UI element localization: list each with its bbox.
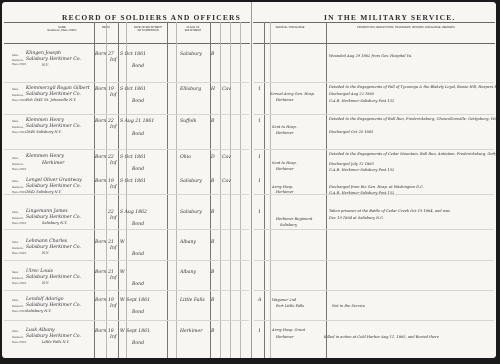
handwritten-field: B — [211, 329, 214, 334]
birthplace: 1842 Salisbury N.Y. — [26, 190, 62, 194]
handwritten-field: Born — [95, 298, 106, 303]
col-rule — [126, 22, 127, 358]
handwritten-field: Residence — [12, 186, 23, 189]
handwritten-field: B — [211, 240, 214, 245]
handwritten-field: Residence — [12, 217, 23, 220]
header-bottom-rule-left — [4, 43, 250, 44]
handwritten-field: Born — [95, 87, 106, 92]
residence: Salisbury Herkimer Co. — [26, 303, 81, 308]
residence: Salisbury Herkimer Co. — [26, 124, 81, 129]
handwritten-field: 1 — [258, 119, 261, 124]
handwritten-field: Bond — [132, 167, 144, 172]
col-rule — [167, 22, 168, 358]
handwritten-field: Place of Birth — [12, 168, 26, 171]
remarks: Discharged from the Gen. Hosp. at Washin… — [329, 185, 424, 189]
soldier-name: Lingemann James — [26, 209, 68, 214]
residence: Salisbury Herkimer Co. — [26, 92, 81, 97]
col-rule — [240, 22, 241, 358]
row-divider — [4, 149, 249, 150]
handwritten-field: Name — [12, 54, 18, 57]
handwritten-field: Name — [12, 299, 18, 302]
handwritten-field: Name — [12, 211, 18, 214]
col-rule — [220, 22, 221, 358]
handwritten-field: B — [211, 119, 214, 124]
handwritten-field: Residence — [12, 59, 23, 62]
remarks: Detailed to the Engagements of Fall of T… — [329, 85, 496, 89]
handwritten-field: Bond — [132, 252, 144, 257]
handwritten-field: S Oct 1861 — [120, 52, 146, 57]
handwritten-field: W Sept 1861 — [120, 329, 150, 334]
col-rule — [176, 22, 177, 358]
handwritten-field: Inf — [110, 93, 116, 98]
residence: Salisbury Herkimer Co. — [26, 184, 81, 189]
handwritten-field: Discharged Aug 22 1865 — [329, 92, 374, 96]
handwritten-field: Place of Birth — [12, 282, 26, 285]
handwritten-field: 19 — [108, 87, 114, 92]
handwritten-field: Name — [12, 271, 18, 274]
handwritten-field: Salisbury — [180, 52, 202, 57]
handwritten-field: Residence — [12, 336, 23, 339]
handwritten-field: G.A.R. Herkimer Salisbury Post 152 — [329, 99, 394, 103]
handwritten-field: Little Falls — [180, 298, 205, 303]
col-rule — [230, 22, 231, 358]
row-divider — [254, 149, 494, 150]
handwritten-field: 21 — [108, 240, 114, 245]
col-rule — [118, 22, 119, 358]
col-rule — [210, 22, 211, 358]
handwritten-field: Discharged Oct 20 1865 — [329, 130, 373, 134]
handwritten-field: 1 — [258, 155, 261, 160]
handwritten-field: Place of Birth — [12, 252, 26, 255]
handwritten-field: Name — [12, 330, 18, 333]
row-divider — [4, 194, 249, 195]
handwritten-field: Ohio — [180, 155, 191, 160]
handwritten-field: 22 — [108, 119, 114, 124]
row-divider — [254, 82, 494, 83]
handwritten-field: Salisbury — [180, 179, 202, 184]
remarks: Detailed to the Engagements of Bull Run,… — [329, 117, 496, 121]
handwritten-field: Fort Little Falls — [276, 304, 304, 308]
handwritten-field: Bond — [132, 222, 144, 227]
remarks: Killed in action at Cold Harbor Aug 11, … — [324, 335, 439, 339]
birthplace: N.Y. — [42, 63, 49, 67]
row-divider — [4, 260, 249, 261]
handwritten-field: Cav — [222, 179, 231, 184]
handwritten-field: Bond — [132, 310, 144, 315]
handwritten-field: W — [120, 270, 125, 275]
residence: Herkimer — [42, 161, 64, 166]
handwritten-field: Sent to Hosp. — [272, 161, 297, 165]
handwritten-field: Herkimer — [180, 329, 202, 334]
header-enlistment: DATE OF ENLISTMENT OR COMMISSION — [132, 26, 164, 32]
handwritten-field: 1 — [258, 179, 261, 184]
handwritten-field: Bond — [132, 282, 144, 287]
soldier-name: Klemmerzgil Rogan Gilbert — [26, 86, 90, 91]
handwritten-field: Residence, Place of Birth — [47, 29, 76, 32]
handwritten-field: Herkimer Regiment — [276, 217, 312, 221]
handwritten-field: Born — [95, 179, 106, 184]
handwritten-field: 22 — [108, 210, 114, 215]
residence: Salisbury Herkimer Co. — [26, 275, 81, 280]
handwritten-field: Name — [12, 180, 18, 183]
header-place: PLACE OF ENLISTMENT — [182, 26, 204, 32]
handwritten-field: 21 — [108, 270, 114, 275]
handwritten-field: Residence — [12, 247, 23, 250]
handwritten-field: W — [120, 240, 125, 245]
handwritten-field: B — [211, 270, 214, 275]
handwritten-field: S Oct 1861 — [120, 179, 146, 184]
handwritten-field: 18 — [108, 329, 114, 334]
handwritten-field: Place of Birth — [12, 131, 26, 134]
handwritten-field: Herkimer — [276, 335, 294, 339]
left-page-title: RECORD OF SOLDIERS AND OFFICERS — [62, 13, 241, 22]
handwritten-field: Place of Birth — [12, 191, 26, 194]
handwritten-field: Name — [12, 241, 18, 244]
handwritten-field: Born — [95, 52, 106, 57]
col-rule — [94, 22, 95, 358]
handwritten-field: Born — [95, 270, 106, 275]
handwritten-field: Residence — [12, 126, 23, 129]
handwritten-field: Army Hosp. Grant — [272, 328, 305, 332]
birthplace: N.Y. — [42, 281, 49, 285]
handwritten-field: Salisbury — [280, 223, 297, 227]
row-divider — [4, 320, 249, 321]
page-gutter — [251, 2, 252, 358]
handwritten-field: Ellisburg — [180, 87, 201, 92]
handwritten-field: H — [211, 87, 215, 92]
handwritten-field: Place of Birth — [12, 99, 26, 102]
handwritten-field: Bond — [132, 99, 144, 104]
handwritten-field: Inf — [110, 185, 116, 190]
header-name: NAMEResidence, Place of Birth — [32, 26, 92, 32]
handwritten-field: 27 — [108, 52, 114, 57]
residence: Salisbury Herkimer Co. — [26, 215, 81, 220]
handwritten-field: 1 — [258, 87, 261, 92]
handwritten-field: Name — [12, 120, 18, 123]
birthplace: Salisbury N.Y. — [42, 221, 67, 225]
handwritten-field: D — [211, 155, 215, 160]
handwritten-field: Inf — [110, 161, 116, 166]
handwritten-field: Residence — [12, 94, 23, 97]
soldier-name: Lehmann Charles — [26, 239, 67, 244]
handwritten-field: B — [211, 210, 214, 215]
soldier-name: Lengel Oliver Grantway — [26, 178, 82, 183]
handwritten-field: Residence — [12, 305, 23, 308]
handwritten-field: S Aug 21 1861 — [120, 119, 154, 124]
handwritten-field: Albany — [180, 240, 196, 245]
remarks: Wounded Aug 29 1862 from Gov. Hospital V… — [329, 54, 412, 58]
soldier-name: Lusk Albany — [26, 328, 55, 333]
handwritten-field: Army Hosp. — [272, 185, 293, 189]
handwritten-field: B — [211, 179, 214, 184]
row-divider — [254, 229, 494, 230]
handwritten-field: G.A.R. Herkimer Salisbury Post 152 — [329, 191, 394, 195]
soldier-name: Klemmen Henry — [26, 118, 64, 123]
handwritten-field: Dec 19 1864 at Salisbury N.C. — [329, 216, 384, 220]
handwritten-field: Inf — [110, 335, 116, 340]
birthplace: N.Y. — [42, 251, 49, 255]
handwritten-field: Born — [95, 119, 106, 124]
handwritten-field: G.A.R. Herkimer Salisbury Post 152 — [329, 168, 394, 172]
handwritten-field: Place of Birth — [12, 222, 26, 225]
handwritten-field: Place of Birth — [12, 310, 26, 313]
handwritten-field: Sent to Hosp. — [272, 125, 297, 129]
soldier-name: Ulrec Louis — [26, 269, 53, 274]
handwritten-field: 19 — [108, 179, 114, 184]
birthplace: Feb 1841 St. Johnsville N.Y. — [26, 98, 76, 102]
handwritten-field: 1 — [258, 329, 261, 334]
handwritten-field: Born — [95, 240, 106, 245]
row-divider — [254, 114, 494, 115]
handwritten-field: Inf — [110, 276, 116, 281]
handwritten-field: Inf — [110, 58, 116, 63]
remarks: Not in the Service — [332, 304, 365, 308]
header-top-rule-right — [253, 22, 495, 23]
birthplace: Little Falls N.Y. — [42, 340, 70, 344]
residence: Salisbury Herkimer Co. — [26, 245, 81, 250]
remarks: Taken prisoner at the Battle of Cedar Cr… — [329, 209, 450, 213]
col-rule — [326, 22, 327, 358]
handwritten-field: B — [211, 298, 214, 303]
handwritten-field: W Sept 1861 — [120, 298, 150, 303]
soldier-name: Lendolf Adorigo — [26, 297, 63, 302]
register-page: RECORD OF SOLDIERS AND OFFICERS IN THE M… — [2, 2, 496, 358]
row-divider — [254, 290, 494, 291]
handwritten-field: Residence — [12, 277, 23, 280]
header-bottom-rule-right — [253, 43, 495, 44]
handwritten-field: Inf — [110, 125, 116, 130]
handwritten-field: Inf — [110, 304, 116, 309]
row-divider — [254, 320, 494, 321]
handwritten-field: Discharged July 12 1865 — [329, 162, 374, 166]
handwritten-field: Herkimer — [276, 98, 294, 102]
handwritten-field: Name — [12, 157, 18, 160]
handwritten-field: Cav — [222, 87, 231, 92]
handwritten-field: Bond — [132, 132, 144, 137]
header-top-rule-left — [4, 22, 250, 23]
handwritten-field: Inf — [110, 246, 116, 251]
handwritten-field: Born — [95, 329, 106, 334]
handwritten-field: 19 — [108, 298, 114, 303]
row-divider — [4, 290, 249, 291]
handwritten-field: 1 — [258, 210, 261, 215]
handwritten-field: S Oct 1861 — [120, 87, 146, 92]
handwritten-field: Albany — [180, 270, 196, 275]
right-page-title: IN THE MILITARY SERVICE. — [324, 13, 456, 22]
row-divider — [4, 82, 249, 83]
col-rule — [270, 22, 271, 358]
header-service: SERVICE / DISCHARGE — [270, 26, 310, 29]
soldier-name: Klemmen Henry — [26, 154, 64, 159]
handwritten-field: Place of Birth — [12, 63, 26, 66]
handwritten-field: S Oct 1861 — [120, 155, 146, 160]
row-divider — [254, 260, 494, 261]
handwritten-field: Herkimer — [276, 131, 294, 135]
residence: Salisbury Herkimer Co. — [26, 57, 81, 62]
handwritten-field: Herkimer — [276, 167, 294, 171]
handwritten-field: Salisbury — [180, 210, 202, 215]
col-rule — [106, 22, 107, 358]
handwritten-field: Herkimer — [276, 190, 294, 194]
col-rule — [264, 22, 265, 358]
handwritten-field: 22 — [108, 155, 114, 160]
handwritten-field: S Aug 1862 — [120, 210, 147, 215]
row-divider — [4, 229, 249, 230]
handwritten-field: Name — [12, 88, 18, 91]
handwritten-field: Bond — [132, 64, 144, 69]
handwritten-field: Bond — [132, 341, 144, 346]
handwritten-field: Cav — [222, 155, 231, 160]
handwritten-field: Wagoner 2nd — [272, 298, 296, 302]
handwritten-field: B — [211, 52, 214, 57]
handwritten-field: Served Army Gen. Hosp. — [270, 92, 315, 96]
soldier-name: Klingen Joseph — [26, 51, 61, 56]
handwritten-field: Inf — [110, 216, 116, 221]
residence: Salisbury Herkimer Co. — [26, 334, 81, 339]
birthplace: 1840 Salisbury N.Y. — [26, 130, 62, 134]
row-divider — [4, 114, 249, 115]
handwritten-field: Suffolk — [180, 119, 196, 124]
remarks: Detailed to the Engagements of Cedar Mou… — [329, 152, 496, 156]
birthplace: Salisbury N.Y. — [26, 309, 51, 313]
handwritten-field: Place of Birth — [12, 341, 26, 344]
handwritten-field: Born — [95, 155, 106, 160]
handwritten-field: Residence — [12, 163, 23, 166]
handwritten-field: A — [258, 298, 261, 303]
header-remarks: PROMOTIONS, REDUCTIONS, TRANSFERS, WOUND… — [320, 26, 492, 29]
